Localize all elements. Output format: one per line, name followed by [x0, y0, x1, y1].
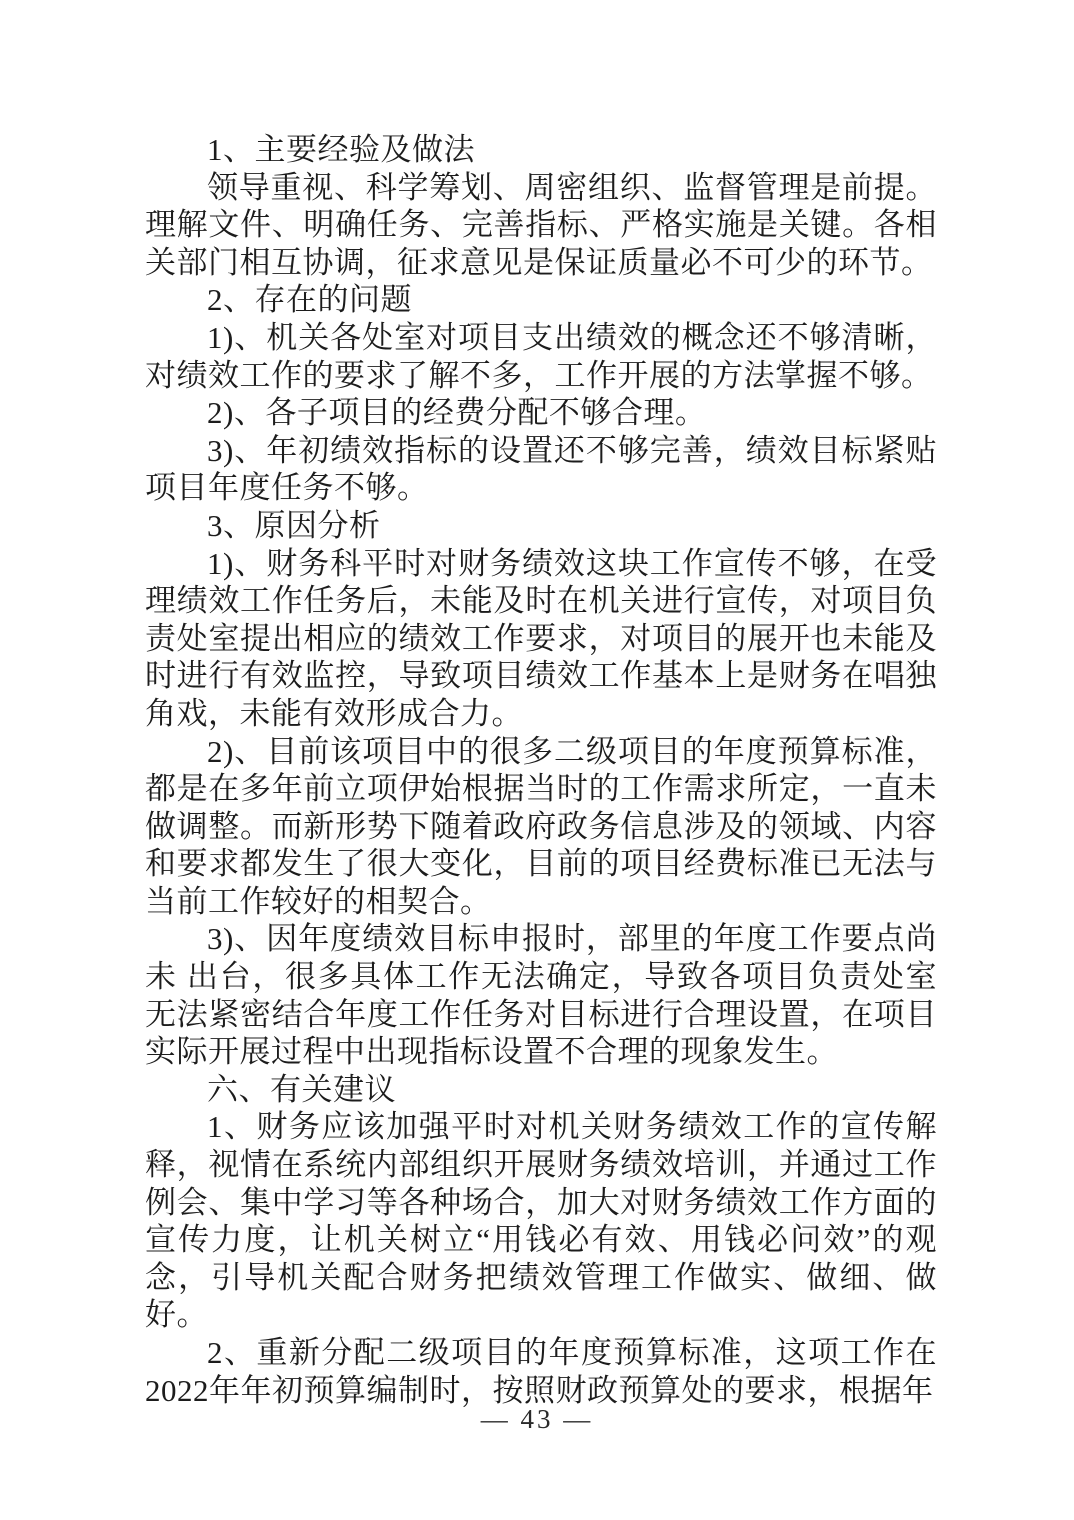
document-body: 1、主要经验及做法领导重视、科学筹划、周密组织、监督管理是前提。理解文件、明确任…: [145, 131, 937, 1409]
paragraph: 1)、财务科平时对财务绩效这块工作宣传不够，在受理绩效工作任务后，未能及时在机关…: [145, 545, 937, 733]
paragraph: 1、主要经验及做法: [145, 131, 937, 169]
paragraph: 3)、年初绩效指标的设置还不够完善，绩效目标紧贴项目年度任务不够。: [145, 432, 937, 507]
paragraph: 1、财务应该加强平时对机关财务绩效工作的宣传解释，视情在系统内部组织开展财务绩效…: [145, 1108, 937, 1334]
paragraph: 3)、因年度绩效目标申报时，部里的年度工作要点尚未 出台，很多具体工作无法确定，…: [145, 920, 937, 1070]
paragraph: 2)、目前该项目中的很多二级项目的年度预算标准，都是在多年前立项伊始根据当时的工…: [145, 733, 937, 921]
paragraph: 3、原因分析: [145, 507, 937, 545]
paragraph: 2)、各子项目的经费分配不够合理。: [145, 394, 937, 432]
paragraph: 领导重视、科学筹划、周密组织、监督管理是前提。理解文件、明确任务、完善指标、严格…: [145, 169, 937, 282]
paragraph: 2、存在的问题: [145, 281, 937, 319]
paragraph: 1)、机关各处室对项目支出绩效的概念还不够清晰，对绩效工作的要求了解不多，工作开…: [145, 319, 937, 394]
document-page: 1、主要经验及做法领导重视、科学筹划、周密组织、监督管理是前提。理解文件、明确任…: [0, 0, 1074, 1520]
page-number: — 43 —: [0, 1404, 1074, 1435]
paragraph: 2、重新分配二级项目的年度预算标准，这项工作在2022年年初预算编制时，按照财政…: [145, 1334, 937, 1409]
paragraph: 六、有关建议: [145, 1071, 937, 1109]
